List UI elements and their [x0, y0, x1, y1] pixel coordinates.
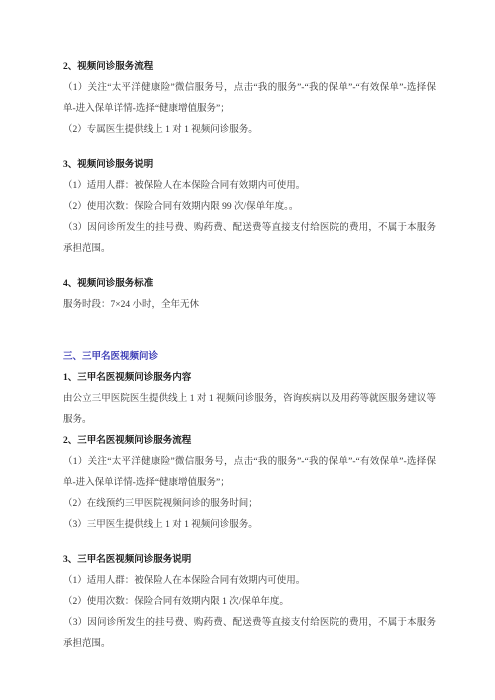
paragraph: （2）在线预约三甲医院视频问诊的服务时间；	[63, 494, 436, 515]
paragraph: （1）适用人群：被保险人在本保险合同有效期内可使用。	[63, 176, 436, 197]
chapter-heading: 三、三甲名医视频问诊	[63, 347, 436, 368]
paragraph: （3）三甲医生提供线上 1 对 1 视频问诊服务。	[63, 515, 436, 536]
paragraph: （3）因问诊所发生的挂号费、购药费、配送费等直接支付给医院的费用，不属于本服务承…	[63, 613, 436, 655]
paragraph: （2）使用次数：保险合同有效期内限 1 次/保单年度。	[63, 592, 436, 613]
document-page: 2、视频问诊服务流程（1）关注“太平洋健康险”微信服务号，点击“我的服务”-“我…	[0, 0, 495, 700]
paragraph: （1）适用人群：被保险人在本保险合同有效期内可使用。	[63, 571, 436, 592]
paragraph: 由公立三甲医院医生提供线上 1 对 1 视频问诊服务，咨询疾病以及用药等就医服务…	[63, 389, 436, 431]
paragraph: （3）因问诊所发生的挂号费、购药费、配送费等直接支付给医院的费用，不属于本服务承…	[63, 218, 436, 260]
paragraph: （1）关注“太平洋健康险”微信服务号，点击“我的服务”-“我的保单”-“有效保单…	[63, 78, 436, 120]
paragraph: （2）使用次数：保险合同有效期内限 99 次/保单年度。。	[63, 197, 436, 218]
section-heading: 3、三甲名医视频问诊服务说明	[63, 550, 436, 571]
section-heading: 2、视频问诊服务流程	[63, 57, 436, 78]
document-body: 2、视频问诊服务流程（1）关注“太平洋健康险”微信服务号，点击“我的服务”-“我…	[63, 57, 436, 655]
section-heading: 1、三甲名医视频问诊服务内容	[63, 368, 436, 389]
section-heading: 3、视频问诊服务说明	[63, 155, 436, 176]
section-heading: 2、三甲名医视频问诊服务流程	[63, 431, 436, 452]
paragraph: （1）关注“太平洋健康险”微信服务号，点击“我的服务”-“我的保单”-“有效保单…	[63, 452, 436, 494]
section-heading: 4、视频问诊服务标准	[63, 274, 436, 295]
paragraph: （2）专属医生提供线上 1 对 1 视频问诊服务。	[63, 120, 436, 141]
paragraph: 服务时段：7×24 小时，全年无休	[63, 295, 436, 316]
